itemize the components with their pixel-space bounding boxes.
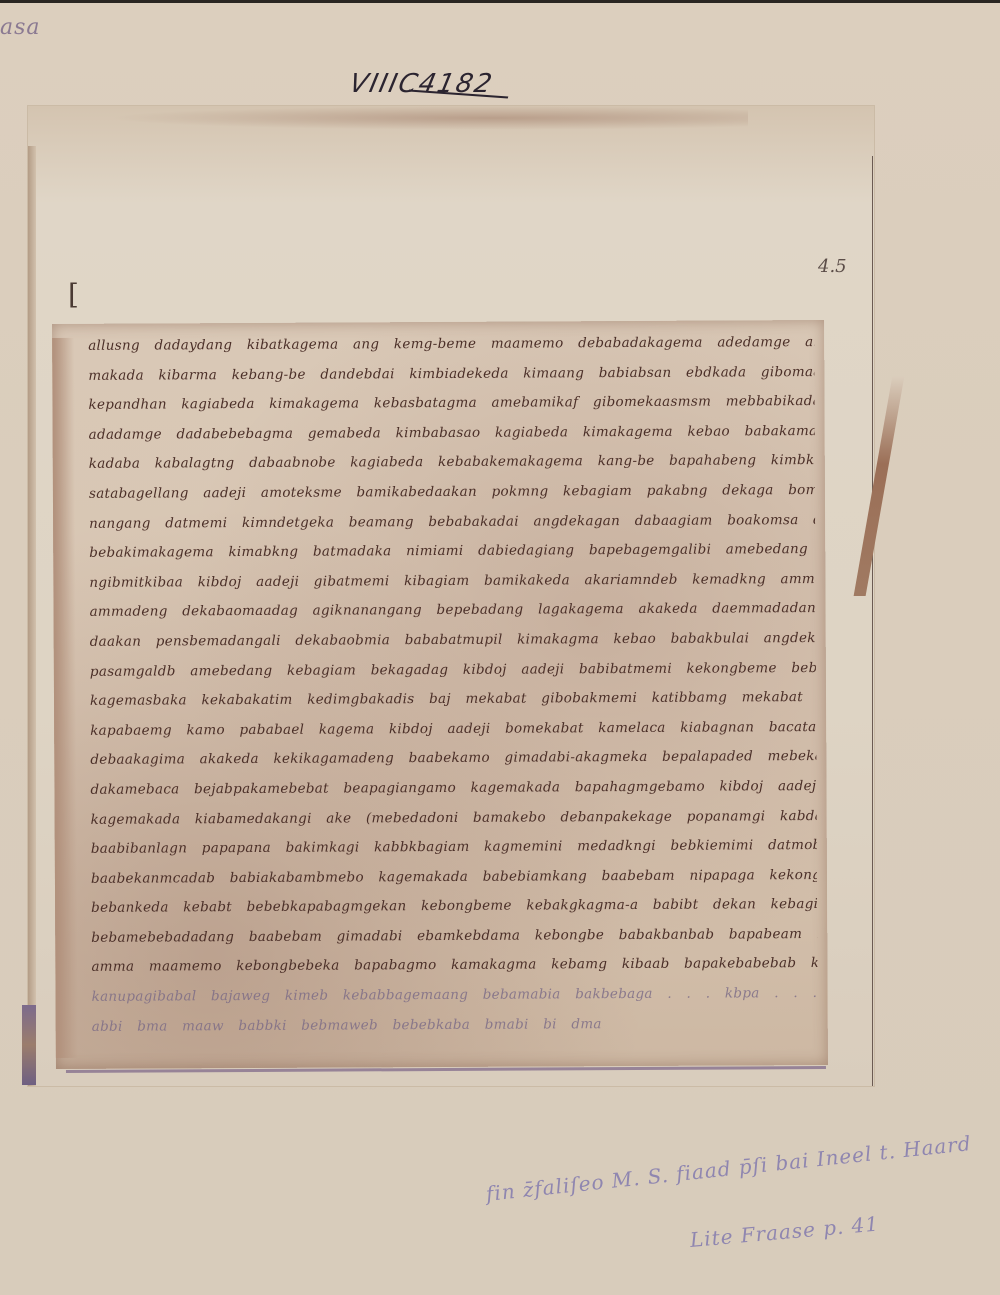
- manuscript-line: debaakagima akakeda kekikagamadeng baabe…: [90, 742, 816, 775]
- manuscript-line: kadaba kabalagtng dabaabnobe kagiabeda k…: [89, 446, 815, 479]
- shelfmark: VIIIC4182: [347, 69, 497, 99]
- manuscript-line: abbi bma maaw babbki bebmaweb bebebkaba …: [92, 1009, 818, 1042]
- manuscript-line: daakan pensbemadangali dekabaobmia babab…: [90, 624, 816, 657]
- manuscript-line: bebakimakagema kimabkng batmadaka nimiam…: [89, 535, 815, 568]
- left-clip-mark: [22, 1005, 36, 1085]
- manuscript-line: pasamgaldb amebedang kebagiam bekagadag …: [90, 654, 816, 687]
- manuscript-line: makada kibarma kebang-be dandebdai kimbi…: [88, 358, 814, 391]
- manuscript-text: allusng dadaydang kibatkagema ang kemg-b…: [88, 328, 818, 1042]
- manuscript-line: bebankeda kebabt bebebkapabagmgekan kebo…: [91, 890, 817, 923]
- page-number: 4.5: [818, 256, 847, 277]
- manuscript-line: kanupagibabal bajaweg kimeb kebabbagemaa…: [92, 979, 818, 1012]
- manuscript-line: ngibmitkibaa kibdoj aadeji gibatmemi kib…: [89, 565, 815, 598]
- manuscript-line: dakamebaca bejabpakamebebat beapagiangam…: [90, 772, 816, 805]
- manuscript-line: allusng dadaydang kibatkagema ang kemg-b…: [88, 328, 814, 361]
- manuscript-line: amma maamemo kebongbebeka bapabagmo kama…: [91, 949, 817, 982]
- manuscript-line: satabagellang aadeji amoteksme bamikabed…: [89, 476, 815, 509]
- manuscript-line: bebamebebadadang baabebam gimadabi ebamk…: [91, 920, 817, 953]
- manuscript-line: kagemakada kiabamedakangi ake (mebedadon…: [91, 802, 817, 835]
- manuscript-line: baabibanlagn papapana bakimkagi kabbkbag…: [91, 831, 817, 864]
- manuscript-line: kepandhan kagiabeda kimakagema kebasbata…: [88, 387, 814, 420]
- manuscript-line: kapabaemg kamo pababael kagema kibdoj aa…: [90, 713, 816, 746]
- manuscript-line: kagemasbaka kekabakatim kedimgbakadis ba…: [90, 683, 816, 716]
- print-left-edge: [28, 146, 36, 1086]
- manuscript-sheet: allusng dadaydang kibatkagema ang kemg-b…: [52, 320, 828, 1069]
- top-stain: [108, 106, 748, 130]
- corner-note: asa: [0, 15, 41, 40]
- manuscript-line: nangang datmemi kimndetgeka beamang beba…: [89, 506, 815, 539]
- manuscript-line: baabekanmcadab babiakabambmebo kagemakad…: [91, 861, 817, 894]
- manuscript-left-border: [52, 338, 78, 1058]
- manuscript-line: ammadeng dekabaomaadag agiknanangang bep…: [89, 594, 815, 627]
- manuscript-line: adadamge dadabebebagma gemabeda kimbabas…: [89, 417, 815, 450]
- bracket-mark: [: [68, 278, 79, 311]
